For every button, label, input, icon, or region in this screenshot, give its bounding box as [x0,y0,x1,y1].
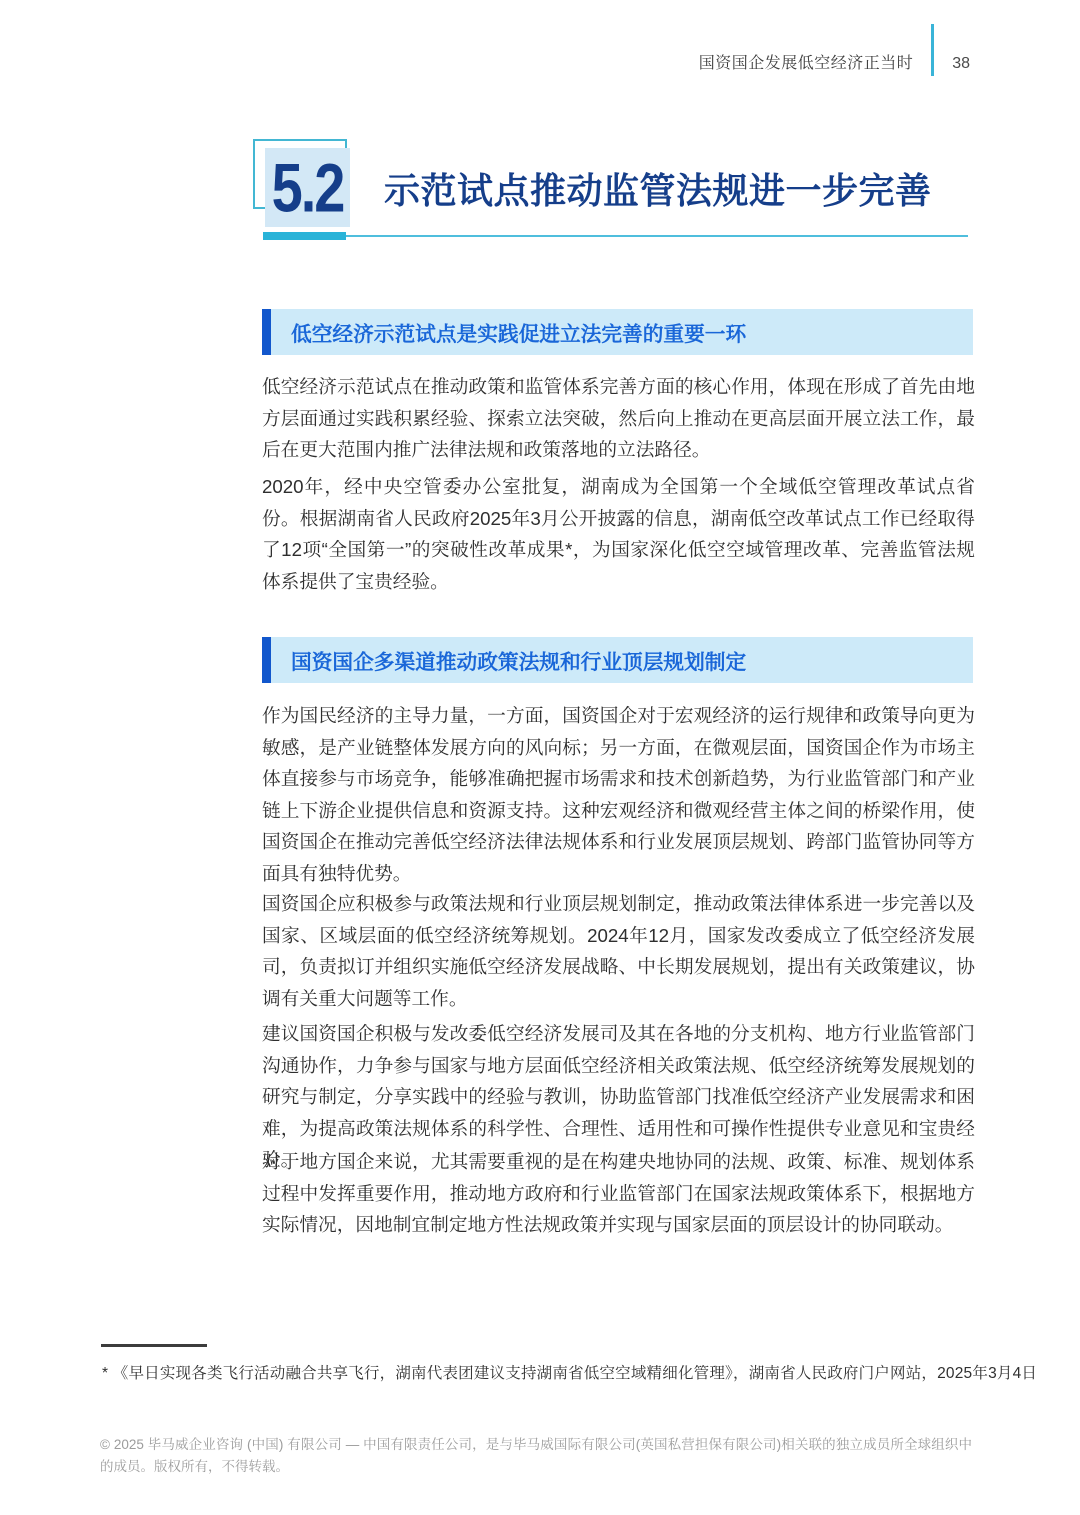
paragraph: 作为国民经济的主导力量，一方面，国资国企对于宏观经济的运行规律和政策导向更为敏感… [262,700,975,889]
section-title: 示范试点推动监管法规进一步完善 [384,163,932,214]
paragraph: 对于地方国企来说，尤其需要重视的是在构建央地协同的法规、政策、标准、规划体系过程… [262,1146,975,1241]
subsection-heading-1-label: 低空经济示范试点是实践促进立法完善的重要一环 [291,317,746,347]
section-number: 5.2 [272,148,344,227]
subsection-heading-2-label: 国资国企多渠道推动政策法规和行业顶层规划制定 [291,645,746,675]
page-number: 38 [952,55,970,76]
header-divider-line [931,24,934,76]
paragraph: 低空经济示范试点在推动政策和监管体系完善方面的核心作用，体现在形成了首先由地方层… [262,371,975,466]
subsection-heading-1: 低空经济示范试点是实践促进立法完善的重要一环 [262,309,973,355]
subsection-heading-2: 国资国企多渠道推动政策法规和行业顶层规划制定 [262,637,973,683]
section-number-box: 5.2 [265,148,350,227]
accent-bar [263,232,346,240]
page-header: 国资国企发展低空经济正当时 38 [699,24,970,76]
paragraph: 2020年，经中央空管委办公室批复，湖南成为全国第一个全域低空管理改革试点省份。… [262,471,975,597]
copyright-notice: © 2025 毕马威企业咨询 (中国) 有限公司 — 中国有限责任公司，是与毕马… [100,1434,972,1478]
footnote-divider [101,1344,207,1347]
running-header-title: 国资国企发展低空经济正当时 [699,50,914,76]
accent-rule [346,235,968,237]
section-header: 5.2 示范试点推动监管法规进一步完善 [253,139,983,249]
paragraph: 国资国企应积极参与政策法规和行业顶层规划制定，推动政策法律体系进一步完善以及国家… [262,888,975,1014]
footnote-text: * 《早日实现各类飞行活动融合共享飞行，湖南代表团建议支持湖南省低空空域精细化管… [102,1361,1037,1383]
